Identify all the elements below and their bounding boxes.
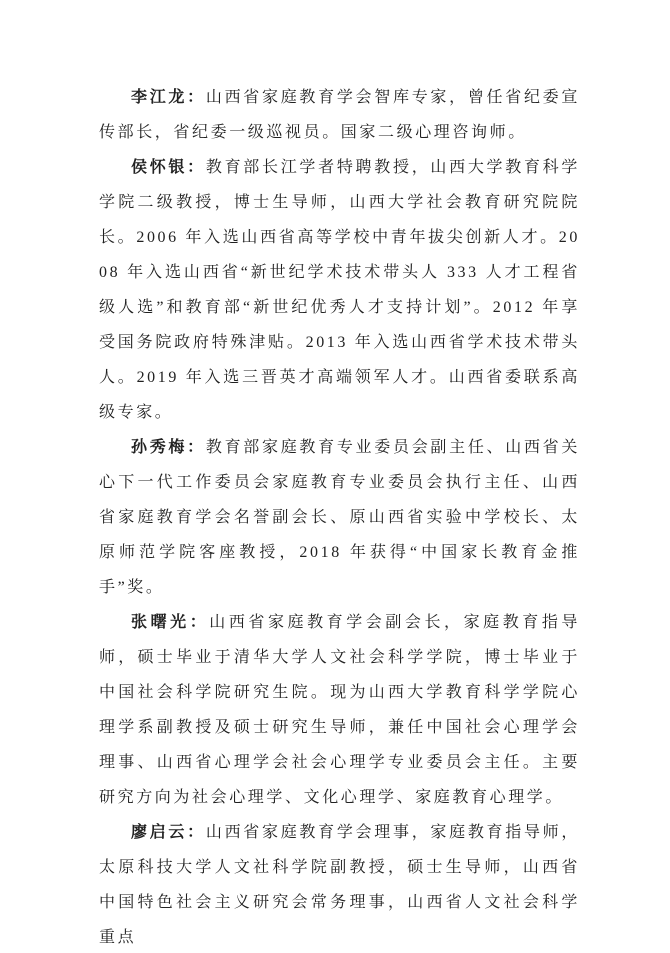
bio-text: 教育部长江学者特聘教授，山西大学教育科学学院二级教授，博士生导师，山西大学社会教… — [99, 159, 580, 421]
person-name: 侯怀银： — [131, 159, 206, 176]
bio-paragraph: 孙秀梅：教育部家庭教育专业委员会副主任、山西省关心下一代工作委员会家庭教育专业委… — [99, 430, 580, 605]
bio-paragraph: 张曙光：山西省家庭教育学会副会长，家庭教育指导师，硕士毕业于清华大学人文社会科学… — [99, 605, 580, 815]
document-text-block: 李江龙：山西省家庭教育学会智库专家，曾任省纪委宣传部长，省纪委一级巡视员。国家二… — [99, 80, 580, 953]
document-page: 李江龙：山西省家庭教育学会智库专家，曾任省纪委宣传部长，省纪委一级巡视员。国家二… — [0, 0, 670, 953]
bio-text: 山西省家庭教育学会副会长，家庭教育指导师，硕士毕业于清华大学人文社会科学学院，博… — [99, 614, 580, 806]
person-name: 孙秀梅： — [131, 439, 206, 456]
bio-text: 山西省家庭教育学会理事，家庭教育指导师，太原科技大学人文社科学院副教授，硕士生导… — [99, 824, 580, 946]
person-name: 李江龙： — [131, 89, 206, 106]
person-name: 张曙光： — [131, 614, 209, 631]
person-name: 廖启云： — [131, 824, 206, 841]
bio-paragraph: 廖启云：山西省家庭教育学会理事，家庭教育指导师，太原科技大学人文社科学院副教授，… — [99, 815, 580, 953]
bio-paragraph: 侯怀银：教育部长江学者特聘教授，山西大学教育科学学院二级教授，博士生导师，山西大… — [99, 150, 580, 430]
bio-text: 教育部家庭教育专业委员会副主任、山西省关心下一代工作委员会家庭教育专业委员会执行… — [99, 439, 580, 596]
bio-paragraph: 李江龙：山西省家庭教育学会智库专家，曾任省纪委宣传部长，省纪委一级巡视员。国家二… — [99, 80, 580, 150]
